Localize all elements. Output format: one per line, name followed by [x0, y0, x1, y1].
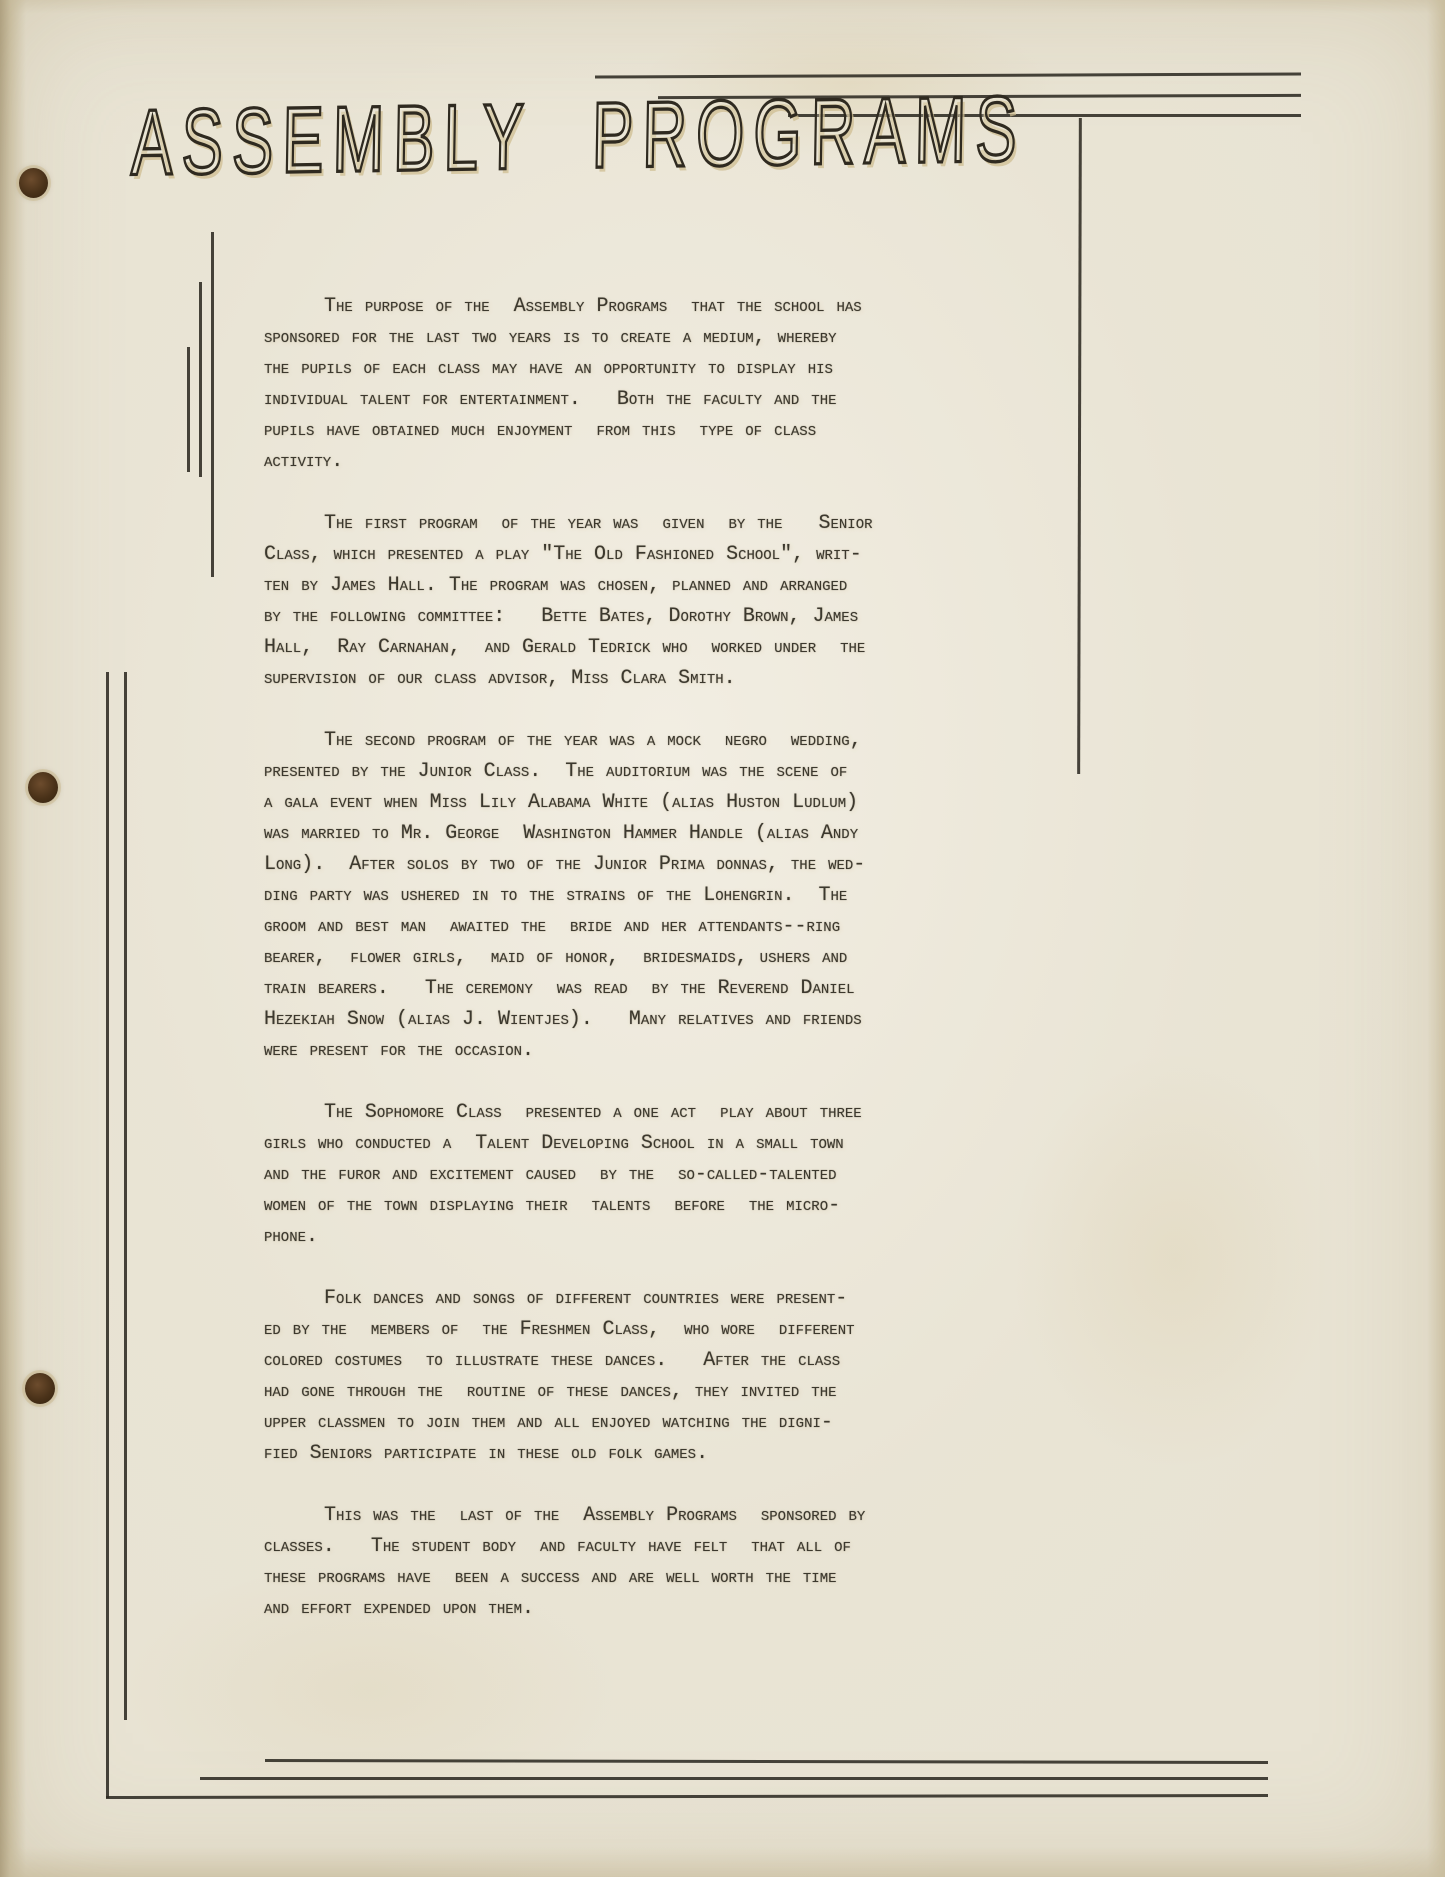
border-line-right: [1077, 118, 1082, 774]
border-line-left-upper: [199, 282, 202, 477]
border-line-bottom: [106, 1794, 1268, 1799]
paragraph-freshmen-program: Folk dances and songs of different count…: [264, 1283, 1036, 1469]
border-line-bottom: [265, 1759, 1268, 1764]
paragraph-senior-program: The first program of the year was given …: [264, 508, 1036, 694]
border-line-left-lower: [124, 672, 127, 1720]
punch-hole: [19, 168, 48, 198]
punch-hole: [25, 1373, 55, 1404]
punch-hole: [28, 772, 58, 803]
document-body: The purpose of the Assembly Programs tha…: [264, 291, 1036, 1655]
border-line-left-upper: [187, 347, 190, 472]
paragraph-closing: This was the last of the Assembly Progra…: [264, 1500, 1036, 1624]
paragraph-purpose: The purpose of the Assembly Programs tha…: [264, 291, 1036, 477]
paragraph-junior-program: The second program of the year was a moc…: [264, 725, 1036, 1066]
border-line-top-right: [595, 72, 1301, 78]
border-line-left-lower: [106, 672, 109, 1798]
scanned-page: ASSEMBLY PROGRAMS The purpose of the Ass…: [0, 0, 1445, 1877]
border-line-left-upper: [211, 232, 214, 577]
paper-stain: [1010, 1050, 1340, 1470]
border-line-bottom: [200, 1777, 1268, 1780]
paragraph-sophomore-program: The Sophomore Class presented a one act …: [264, 1097, 1036, 1252]
page-title: ASSEMBLY PROGRAMS: [130, 84, 1026, 191]
